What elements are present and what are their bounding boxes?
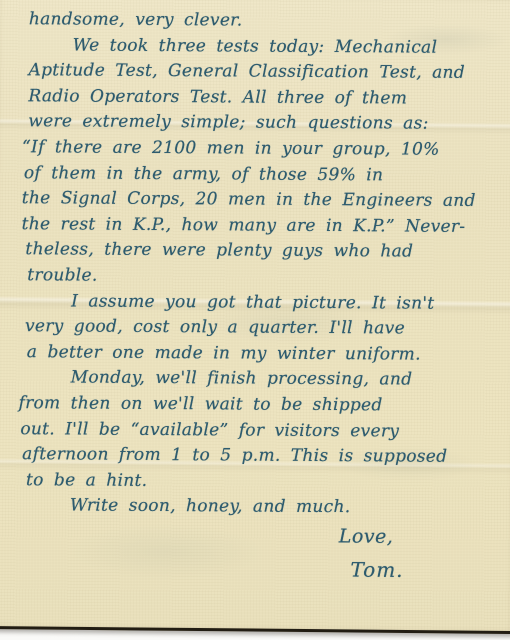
- letter-line: Monday, we'll finish processing, and: [27, 365, 505, 394]
- letter-line: the rest in K.P., how many are in K.P.” …: [22, 212, 506, 241]
- letter-body: handsome, very clever. We took three tes…: [26, 7, 507, 522]
- letter-line: of them in the army, of those 59% in: [24, 161, 506, 190]
- letter-line: the Signal Corps, 20 men in the Engineer…: [22, 186, 506, 215]
- letter-signature: Tom.: [350, 557, 403, 582]
- letter-line: I assume you got that picture. It isn't: [27, 289, 505, 318]
- letter-line: trouble.: [27, 263, 505, 292]
- letter-line: We took three tests today: Mechanical: [29, 33, 507, 62]
- letter-line: very good, cost only a quarter. I'll hav…: [25, 314, 505, 343]
- letter-line: afternoon from 1 to 5 p.m. This is suppo…: [22, 442, 504, 471]
- letter-line: Aptitude Test, General Classification Te…: [28, 58, 506, 87]
- letter-line: handsome, very clever.: [29, 7, 507, 36]
- letter-closing: Love,: [339, 525, 394, 548]
- letter-line: to be a hint.: [26, 468, 504, 497]
- letter-line: “If there are 2100 men in your group, 10…: [22, 135, 506, 164]
- letter-line: were extremely simple; such questions as…: [28, 110, 506, 139]
- scanned-letter-photo: handsome, very clever. We took three tes…: [0, 0, 510, 640]
- letter-line: a better one made in my winter uniform.: [27, 340, 505, 369]
- letter-line: Radio Operators Test. All three of them: [28, 84, 506, 113]
- letter-paper: handsome, very clever. We took three tes…: [0, 0, 510, 634]
- letter-line: from then on we'll wait to be shipped: [18, 391, 504, 420]
- letter-line: out. I'll be “available” for visitors ev…: [20, 417, 504, 446]
- letter-line: Write soon, honey, and much.: [26, 493, 504, 522]
- letter-line: theless, there were plenty guys who had: [25, 238, 505, 267]
